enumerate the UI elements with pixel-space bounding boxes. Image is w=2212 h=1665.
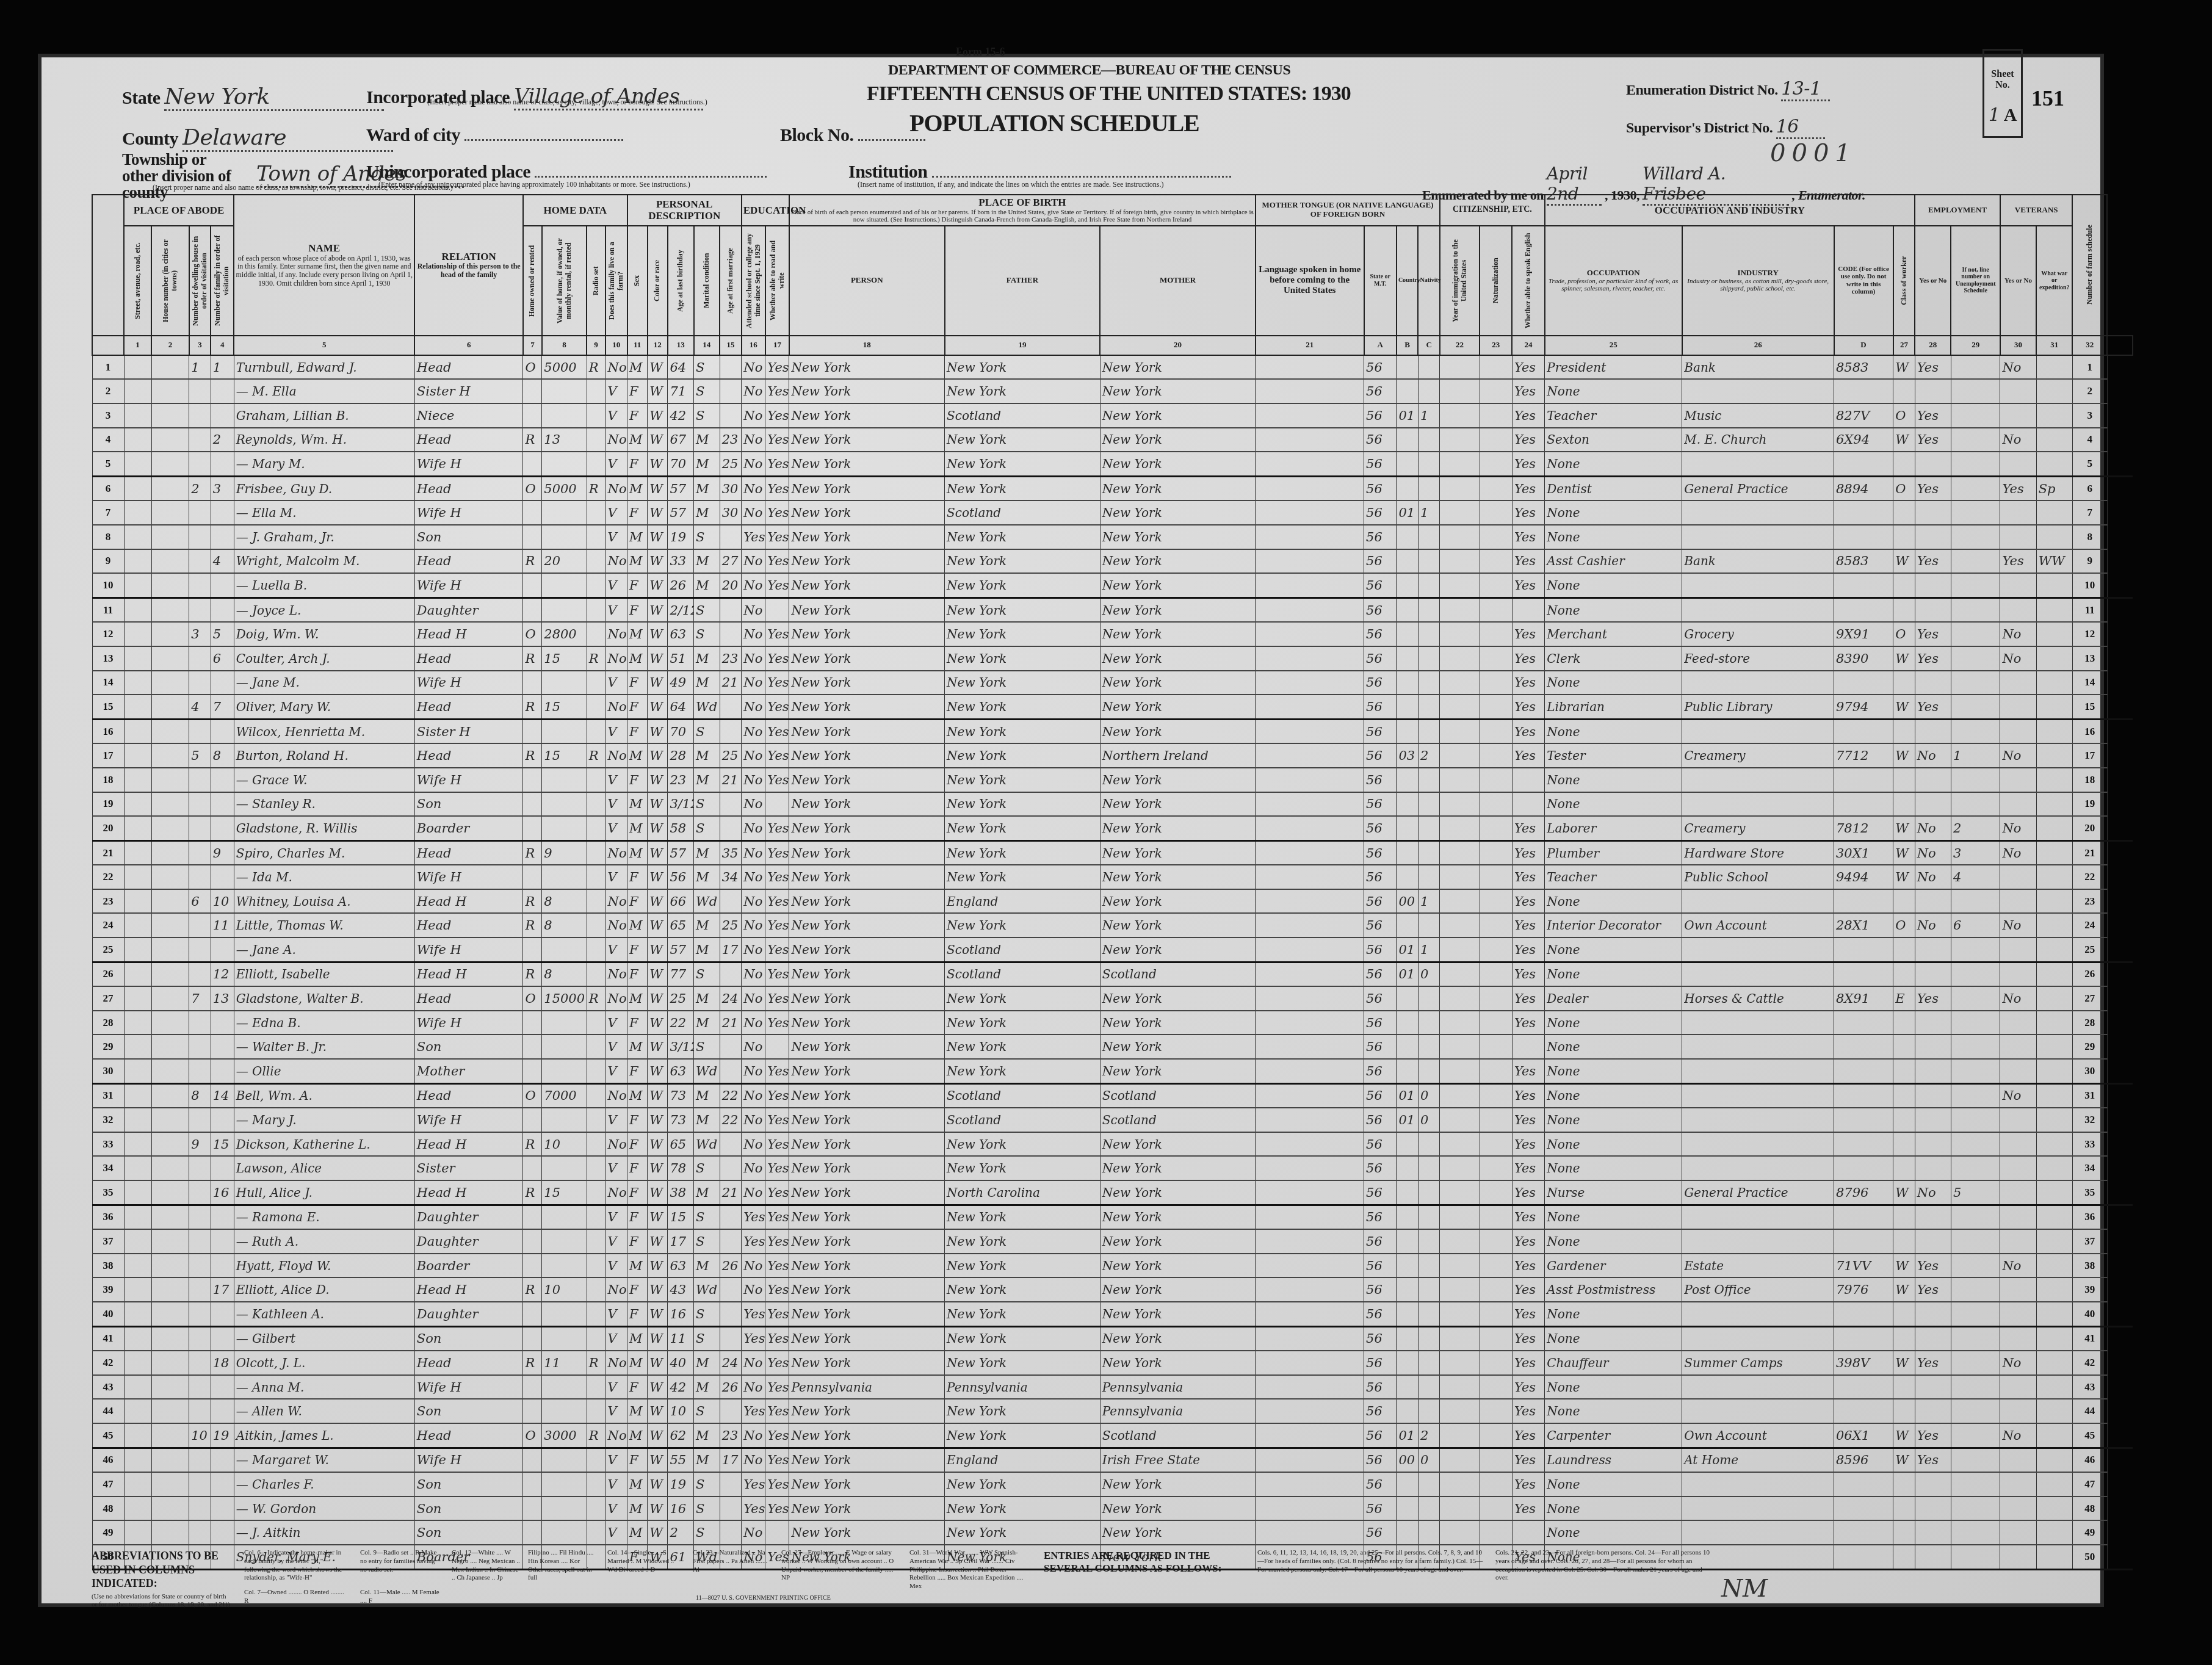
cell-marital: M xyxy=(694,452,720,476)
cell-pob-m: Scotland xyxy=(1100,1083,1256,1108)
cell-pob-f: Pennsylvania xyxy=(945,1375,1101,1400)
empty-cell xyxy=(1440,743,1480,768)
cell-farm: No xyxy=(605,1277,627,1302)
cell-code-c xyxy=(1418,1059,1440,1083)
cell-emp-line xyxy=(1951,646,2000,671)
table-row: 16Wilcox, Henrietta M.Sister HVFW70SNoYe… xyxy=(92,719,2133,743)
cell-sex: M xyxy=(627,1326,648,1351)
cell-code-a: 56 xyxy=(1364,500,1397,525)
empty-cell xyxy=(1256,476,1364,500)
cell-english xyxy=(1512,792,1544,817)
cell-read: Yes xyxy=(765,1326,789,1351)
cell-name: — Ella M. xyxy=(234,500,414,525)
cell-value xyxy=(542,1302,587,1326)
cell-sex: F xyxy=(627,671,648,695)
cell-industry: Post Office xyxy=(1682,1277,1834,1302)
empty-cell xyxy=(1440,768,1480,792)
cell-age-married xyxy=(720,1277,742,1302)
cell-emp xyxy=(1915,1205,1951,1229)
cell-radio: R xyxy=(587,1351,605,1375)
cell-farm: No xyxy=(605,913,627,937)
empty-cell xyxy=(1256,1229,1364,1254)
cell-occupation: None xyxy=(1545,671,1682,695)
cell-class: W xyxy=(1893,1448,1915,1472)
cell-farm: No xyxy=(605,889,627,914)
cell-emp xyxy=(1915,1399,1951,1423)
cell-code-c xyxy=(1418,1302,1440,1326)
cell-emp-line xyxy=(1951,1448,2000,1472)
cell-class xyxy=(1893,768,1915,792)
cell-farm: V xyxy=(605,1035,627,1059)
cell-name: Doig, Wm. W. xyxy=(234,622,414,646)
cell-occupation: None xyxy=(1545,1472,1682,1497)
cell-name: — Allen W. xyxy=(234,1399,414,1423)
cell-sex: F xyxy=(627,719,648,743)
cell-pob-f: England xyxy=(945,1448,1101,1472)
cell-code-b: 00 xyxy=(1397,1448,1419,1472)
cell-occ-code xyxy=(1834,1472,1893,1497)
cell-owned xyxy=(523,1059,542,1083)
empty-cell xyxy=(151,646,189,671)
cell-radio xyxy=(587,962,605,986)
cell-race: W xyxy=(648,403,668,428)
table-row: 41— GilbertSonVMW11SYesYesNew YorkNew Yo… xyxy=(92,1326,2133,1351)
cell-read: Yes xyxy=(765,840,789,865)
line-number-right: 19 xyxy=(2072,792,2107,817)
cell-war xyxy=(2036,1423,2072,1448)
cell-vet xyxy=(2000,1375,2036,1400)
cell-emp xyxy=(1915,1229,1951,1254)
empty-cell xyxy=(124,403,151,428)
cell-name: — Joyce L. xyxy=(234,598,414,622)
line-number: 18 xyxy=(92,768,124,792)
empty-cell xyxy=(1440,816,1480,840)
cell-occupation: Gardener xyxy=(1545,1254,1682,1278)
enum-district-field: Enumeration District No. 13-1 xyxy=(1626,78,1830,101)
farm-label: Does this family live on a farm? xyxy=(608,232,625,330)
cell-pob-f: New York xyxy=(945,1423,1101,1448)
cell-radio xyxy=(587,452,605,476)
empty-cell xyxy=(1480,622,1512,646)
empty-cell xyxy=(1480,937,1512,962)
empty-cell xyxy=(1440,1205,1480,1229)
cell-occ-code: 8390 xyxy=(1834,646,1893,671)
cell-marital: M xyxy=(694,671,720,695)
cell-value: 2800 xyxy=(542,622,587,646)
cell-farm: V xyxy=(605,1326,627,1351)
empty-cell xyxy=(124,1472,151,1497)
cell-marital: S xyxy=(694,1326,720,1351)
line-number-right: 1 xyxy=(2072,355,2107,380)
cell-occ-code: 9X91 xyxy=(1834,622,1893,646)
cell-marital: M xyxy=(694,840,720,865)
cell-value: 5000 xyxy=(542,355,587,380)
cell-pob-f: New York xyxy=(945,1326,1101,1351)
cell-dwelling xyxy=(189,1497,211,1521)
occupation-desc: Trade, profession, or particular kind of… xyxy=(1547,278,1680,293)
cell-owned xyxy=(523,1254,542,1278)
cell-pob-f: New York xyxy=(945,646,1101,671)
empty-cell xyxy=(1480,403,1512,428)
cell-pob-f: Scotland xyxy=(945,962,1101,986)
cell-pob-f: New York xyxy=(945,840,1101,865)
empty-cell xyxy=(151,355,189,380)
cell-pob: New York xyxy=(789,792,945,817)
cell-read: Yes xyxy=(765,1448,789,1472)
cell-relation: Son xyxy=(414,1497,523,1521)
col11-note: Col. 11—Male ..... M Female .... F xyxy=(360,1589,439,1606)
empty-cell xyxy=(1440,622,1480,646)
empty-cell xyxy=(124,1254,151,1278)
cell-family xyxy=(211,500,234,525)
cell-race: W xyxy=(648,1520,668,1545)
cell-pob: New York xyxy=(789,1254,945,1278)
col31-note: Col. 31—World War ....... WW Spanish-Ame… xyxy=(909,1549,1032,1591)
line-number-right: 5 xyxy=(2072,452,2107,476)
table-row: 623Frisbee, Guy D.HeadO5000RNoMW57M30NoY… xyxy=(92,476,2133,500)
empty-cell xyxy=(1480,1375,1512,1400)
cell-code-b xyxy=(1397,549,1419,574)
unincorporated-label: Unincorporated place xyxy=(366,162,530,182)
cell-code-a: 56 xyxy=(1364,671,1397,695)
cell-industry xyxy=(1682,1229,1834,1254)
cell-class xyxy=(1893,500,1915,525)
cell-relation: Niece xyxy=(414,403,523,428)
cell-code-b xyxy=(1397,1035,1419,1059)
cell-english: Yes xyxy=(1512,1011,1544,1035)
cell-family: 3 xyxy=(211,476,234,500)
cell-pob-f: New York xyxy=(945,1277,1101,1302)
cell-farm: V xyxy=(605,792,627,817)
empty-cell xyxy=(124,452,151,476)
cell-war xyxy=(2036,865,2072,889)
cell-vet xyxy=(2000,1277,2036,1302)
empty-cell xyxy=(1256,525,1364,549)
cell-name: — Mary M. xyxy=(234,452,414,476)
unincorporated-field: Unincorporated place xyxy=(366,162,767,182)
column-number: 23 xyxy=(1480,336,1512,355)
cell-age: 77 xyxy=(668,962,694,986)
cell-marital: S xyxy=(694,1399,720,1423)
cell-pob: New York xyxy=(789,816,945,840)
table-row: 2612Elliott, IsabelleHead HR8NoFW77SNoYe… xyxy=(92,962,2133,986)
empty-cell xyxy=(1440,1302,1480,1326)
cell-family xyxy=(211,671,234,695)
empty-cell xyxy=(1256,1448,1364,1472)
cell-industry xyxy=(1682,1059,1834,1083)
industry-heading: INDUSTRYIndustry or business, as cotton … xyxy=(1682,226,1834,336)
cell-age-married: 30 xyxy=(720,500,742,525)
immigration-heading: Year of immigration to the United States xyxy=(1440,226,1480,336)
line-number: 28 xyxy=(92,1011,124,1035)
cell-class xyxy=(1893,1520,1915,1545)
cell-school: No xyxy=(742,500,765,525)
cell-value: 20 xyxy=(542,549,587,574)
line-number-right: 44 xyxy=(2072,1399,2107,1423)
cell-english: Yes xyxy=(1512,1399,1544,1423)
cell-read: Yes xyxy=(765,549,789,574)
cell-class xyxy=(1893,452,1915,476)
cell-relation: Wife H xyxy=(414,937,523,962)
cell-school: No xyxy=(742,1423,765,1448)
empty-cell xyxy=(124,1375,151,1400)
cell-emp xyxy=(1915,1302,1951,1326)
cell-code-c xyxy=(1418,1132,1440,1157)
line-number-right: 38 xyxy=(2072,1254,2107,1278)
cell-code-c xyxy=(1418,816,1440,840)
cell-emp-line xyxy=(1951,1399,2000,1423)
cell-occupation: None xyxy=(1545,500,1682,525)
column-number: 27 xyxy=(1893,336,1915,355)
cell-value xyxy=(542,379,587,403)
cell-code-b: 01 xyxy=(1397,403,1419,428)
cell-owned: O xyxy=(523,622,542,646)
empty-cell xyxy=(1440,646,1480,671)
cell-code-b xyxy=(1397,1277,1419,1302)
column-number: 5 xyxy=(234,336,414,355)
empty-cell xyxy=(1440,500,1480,525)
cell-vet xyxy=(2000,1520,2036,1545)
cell-race: W xyxy=(648,1011,668,1035)
cell-age: 22 xyxy=(668,1011,694,1035)
column-number: 25 xyxy=(1545,336,1682,355)
line-number-right: 40 xyxy=(2072,1302,2107,1326)
cell-vet: Yes xyxy=(2000,549,2036,574)
cell-pob-f: New York xyxy=(945,1059,1101,1083)
cell-occupation: None xyxy=(1545,962,1682,986)
cell-owned: O xyxy=(523,986,542,1011)
cell-owned xyxy=(523,1497,542,1521)
cell-race: W xyxy=(648,476,668,500)
cell-value: 15 xyxy=(542,695,587,719)
line-number-right: 48 xyxy=(2072,1497,2107,1521)
cell-age: 64 xyxy=(668,355,694,380)
line-number-right: 33 xyxy=(2072,1132,2107,1157)
cell-class xyxy=(1893,1472,1915,1497)
cell-farm: V xyxy=(605,1520,627,1545)
cell-emp xyxy=(1915,1472,1951,1497)
empty-cell xyxy=(151,1180,189,1205)
cell-emp: Yes xyxy=(1915,1423,1951,1448)
cell-sex: F xyxy=(627,1059,648,1083)
table-row: 451019Aitkin, James L.HeadO3000RNoMW62M2… xyxy=(92,1423,2133,1448)
line-number: 10 xyxy=(92,573,124,598)
cell-race: W xyxy=(648,937,668,962)
cell-vet xyxy=(2000,1448,2036,1472)
cell-pob-m: New York xyxy=(1100,476,1256,500)
cell-code-c: 1 xyxy=(1418,937,1440,962)
cell-emp-line xyxy=(1951,986,2000,1011)
line-number-right: 24 xyxy=(2072,913,2107,937)
cell-war xyxy=(2036,889,2072,914)
empty-cell xyxy=(1440,671,1480,695)
cell-family xyxy=(211,1205,234,1229)
emp-yes-heading: Yes or No xyxy=(1915,226,1951,336)
cell-industry xyxy=(1682,1399,1834,1423)
empty-cell xyxy=(1256,865,1364,889)
cell-vet xyxy=(2000,768,2036,792)
cell-dwelling xyxy=(189,403,211,428)
cell-occupation: Clerk xyxy=(1545,646,1682,671)
footer: ABBREVIATIONS TO BE USED IN COLUMNS INDI… xyxy=(92,1549,2106,1610)
line-number-right: 16 xyxy=(2072,719,2107,743)
cell-occupation: None xyxy=(1545,1302,1682,1326)
empty-cell xyxy=(124,646,151,671)
empty-cell xyxy=(151,937,189,962)
cell-english: Yes xyxy=(1512,428,1544,452)
cell-dwelling: 5 xyxy=(189,743,211,768)
cell-marital: M xyxy=(694,913,720,937)
cell-occupation: None xyxy=(1545,452,1682,476)
line-number: 42 xyxy=(92,1351,124,1375)
cell-vet xyxy=(2000,1205,2036,1229)
empty-cell xyxy=(151,1302,189,1326)
cell-class xyxy=(1893,1375,1915,1400)
cell-code-c xyxy=(1418,1472,1440,1497)
cell-marital: M xyxy=(694,573,720,598)
cell-value xyxy=(542,1375,587,1400)
line-number-right: 6 xyxy=(2072,476,2107,500)
cell-emp-line xyxy=(1951,1472,2000,1497)
cell-pob-f: New York xyxy=(945,768,1101,792)
cell-occ-code: 71VV xyxy=(1834,1254,1893,1278)
cell-relation: Head H xyxy=(414,1277,523,1302)
cell-pob-m: Irish Free State xyxy=(1100,1448,1256,1472)
cell-code-a: 56 xyxy=(1364,1205,1397,1229)
empty-cell xyxy=(124,1326,151,1351)
cell-sex: F xyxy=(627,1375,648,1400)
entries-note-2: Cols. 21, 22, and 23—For all foreign-bor… xyxy=(1495,1549,1715,1583)
cell-occupation: None xyxy=(1545,598,1682,622)
cell-class: W xyxy=(1893,646,1915,671)
cell-code-b xyxy=(1397,1254,1419,1278)
cell-owned xyxy=(523,1448,542,1472)
empty-cell xyxy=(124,1083,151,1108)
cell-pob-f: New York xyxy=(945,1205,1101,1229)
cell-name: — Walter B. Jr. xyxy=(234,1035,414,1059)
cell-sex: F xyxy=(627,695,648,719)
mother-heading: MOTHER xyxy=(1100,226,1256,336)
cell-code-c xyxy=(1418,1229,1440,1254)
radio-heading: Radio set xyxy=(587,226,605,336)
cell-family xyxy=(211,1108,234,1132)
empty-cell xyxy=(1256,1132,1364,1157)
empty-cell xyxy=(124,913,151,937)
cell-english: Yes xyxy=(1512,1205,1544,1229)
table-row: 22— Ida M.Wife HVFW56M34NoYesNew YorkNew… xyxy=(92,865,2133,889)
cell-radio xyxy=(587,816,605,840)
col12b-note: Filipino .... Fil Hindu .... Hin Korean … xyxy=(528,1549,595,1583)
cell-occ-code xyxy=(1834,598,1893,622)
cell-industry: Public School xyxy=(1682,865,1834,889)
cell-dwelling xyxy=(189,840,211,865)
cell-war xyxy=(2036,525,2072,549)
empty-cell xyxy=(1256,1277,1364,1302)
cell-pob: New York xyxy=(789,622,945,646)
cell-school: No xyxy=(742,452,765,476)
line-number: 49 xyxy=(92,1520,124,1545)
cell-race: W xyxy=(648,1472,668,1497)
empty-cell xyxy=(151,1059,189,1083)
cell-emp-line xyxy=(1951,1326,2000,1351)
empty-cell xyxy=(1440,1497,1480,1521)
cell-value xyxy=(542,1108,587,1132)
cell-relation: Wife H xyxy=(414,865,523,889)
supervisor-district-value: 16 xyxy=(1776,116,1825,139)
cell-occ-code xyxy=(1834,1520,1893,1545)
cell-war xyxy=(2036,1472,2072,1497)
cell-emp-line xyxy=(1951,671,2000,695)
line-number: 41 xyxy=(92,1326,124,1351)
cell-code-a: 56 xyxy=(1364,1180,1397,1205)
cell-radio xyxy=(587,913,605,937)
cell-dwelling: 2 xyxy=(189,476,211,500)
cell-radio xyxy=(587,525,605,549)
cell-race: W xyxy=(648,428,668,452)
cell-owned xyxy=(523,816,542,840)
empty-cell xyxy=(1480,1277,1512,1302)
column-number: 31 xyxy=(2036,336,2072,355)
line-number: 1 xyxy=(92,355,124,380)
empty-cell xyxy=(1480,1035,1512,1059)
race-heading: Color or race xyxy=(648,226,668,336)
cell-age: 58 xyxy=(668,816,694,840)
cell-owned xyxy=(523,671,542,695)
cell-emp xyxy=(1915,889,1951,914)
empty-cell xyxy=(1480,768,1512,792)
cell-farm: V xyxy=(605,1156,627,1180)
cell-occupation: None xyxy=(1545,1132,1682,1157)
line-number-right: 39 xyxy=(2072,1277,2107,1302)
cell-emp-line xyxy=(1951,1108,2000,1132)
cell-name: — W. Gordon xyxy=(234,1497,414,1521)
cell-owned: R xyxy=(523,1277,542,1302)
cell-read: Yes xyxy=(765,1108,789,1132)
cell-war xyxy=(2036,1108,2072,1132)
cell-code-b xyxy=(1397,646,1419,671)
cell-race: W xyxy=(648,379,668,403)
cell-code-c xyxy=(1418,1399,1440,1423)
table-row: 2411Little, Thomas W.HeadR8NoMW65M25NoYe… xyxy=(92,913,2133,937)
cell-value: 3000 xyxy=(542,1423,587,1448)
cell-vet xyxy=(2000,1180,2036,1205)
cell-pob: New York xyxy=(789,573,945,598)
cell-code-c xyxy=(1418,1351,1440,1375)
empty-cell xyxy=(1480,1472,1512,1497)
cell-class: O xyxy=(1893,403,1915,428)
cell-vet xyxy=(2000,403,2036,428)
cell-farm: V xyxy=(605,1448,627,1472)
line-number: 48 xyxy=(92,1497,124,1521)
cell-occupation: None xyxy=(1545,889,1682,914)
cell-occ-code: 8X91 xyxy=(1834,986,1893,1011)
cell-occupation: None xyxy=(1545,379,1682,403)
cell-pob-f: New York xyxy=(945,525,1101,549)
table-row: 38Hyatt, Floyd W.BoarderVMW63M26NoYesNew… xyxy=(92,1254,2133,1278)
cell-emp xyxy=(1915,1011,1951,1035)
cell-emp-line xyxy=(1951,1375,2000,1400)
empty-cell xyxy=(151,1423,189,1448)
cell-english xyxy=(1512,1520,1544,1545)
empty-cell xyxy=(1480,1302,1512,1326)
empty-cell xyxy=(1256,428,1364,452)
cell-war xyxy=(2036,1011,2072,1035)
line-number: 39 xyxy=(92,1277,124,1302)
cell-read: Yes xyxy=(765,1011,789,1035)
cell-relation: Head xyxy=(414,840,523,865)
cell-pob-f: Scotland xyxy=(945,937,1101,962)
cell-read: Yes xyxy=(765,1399,789,1423)
